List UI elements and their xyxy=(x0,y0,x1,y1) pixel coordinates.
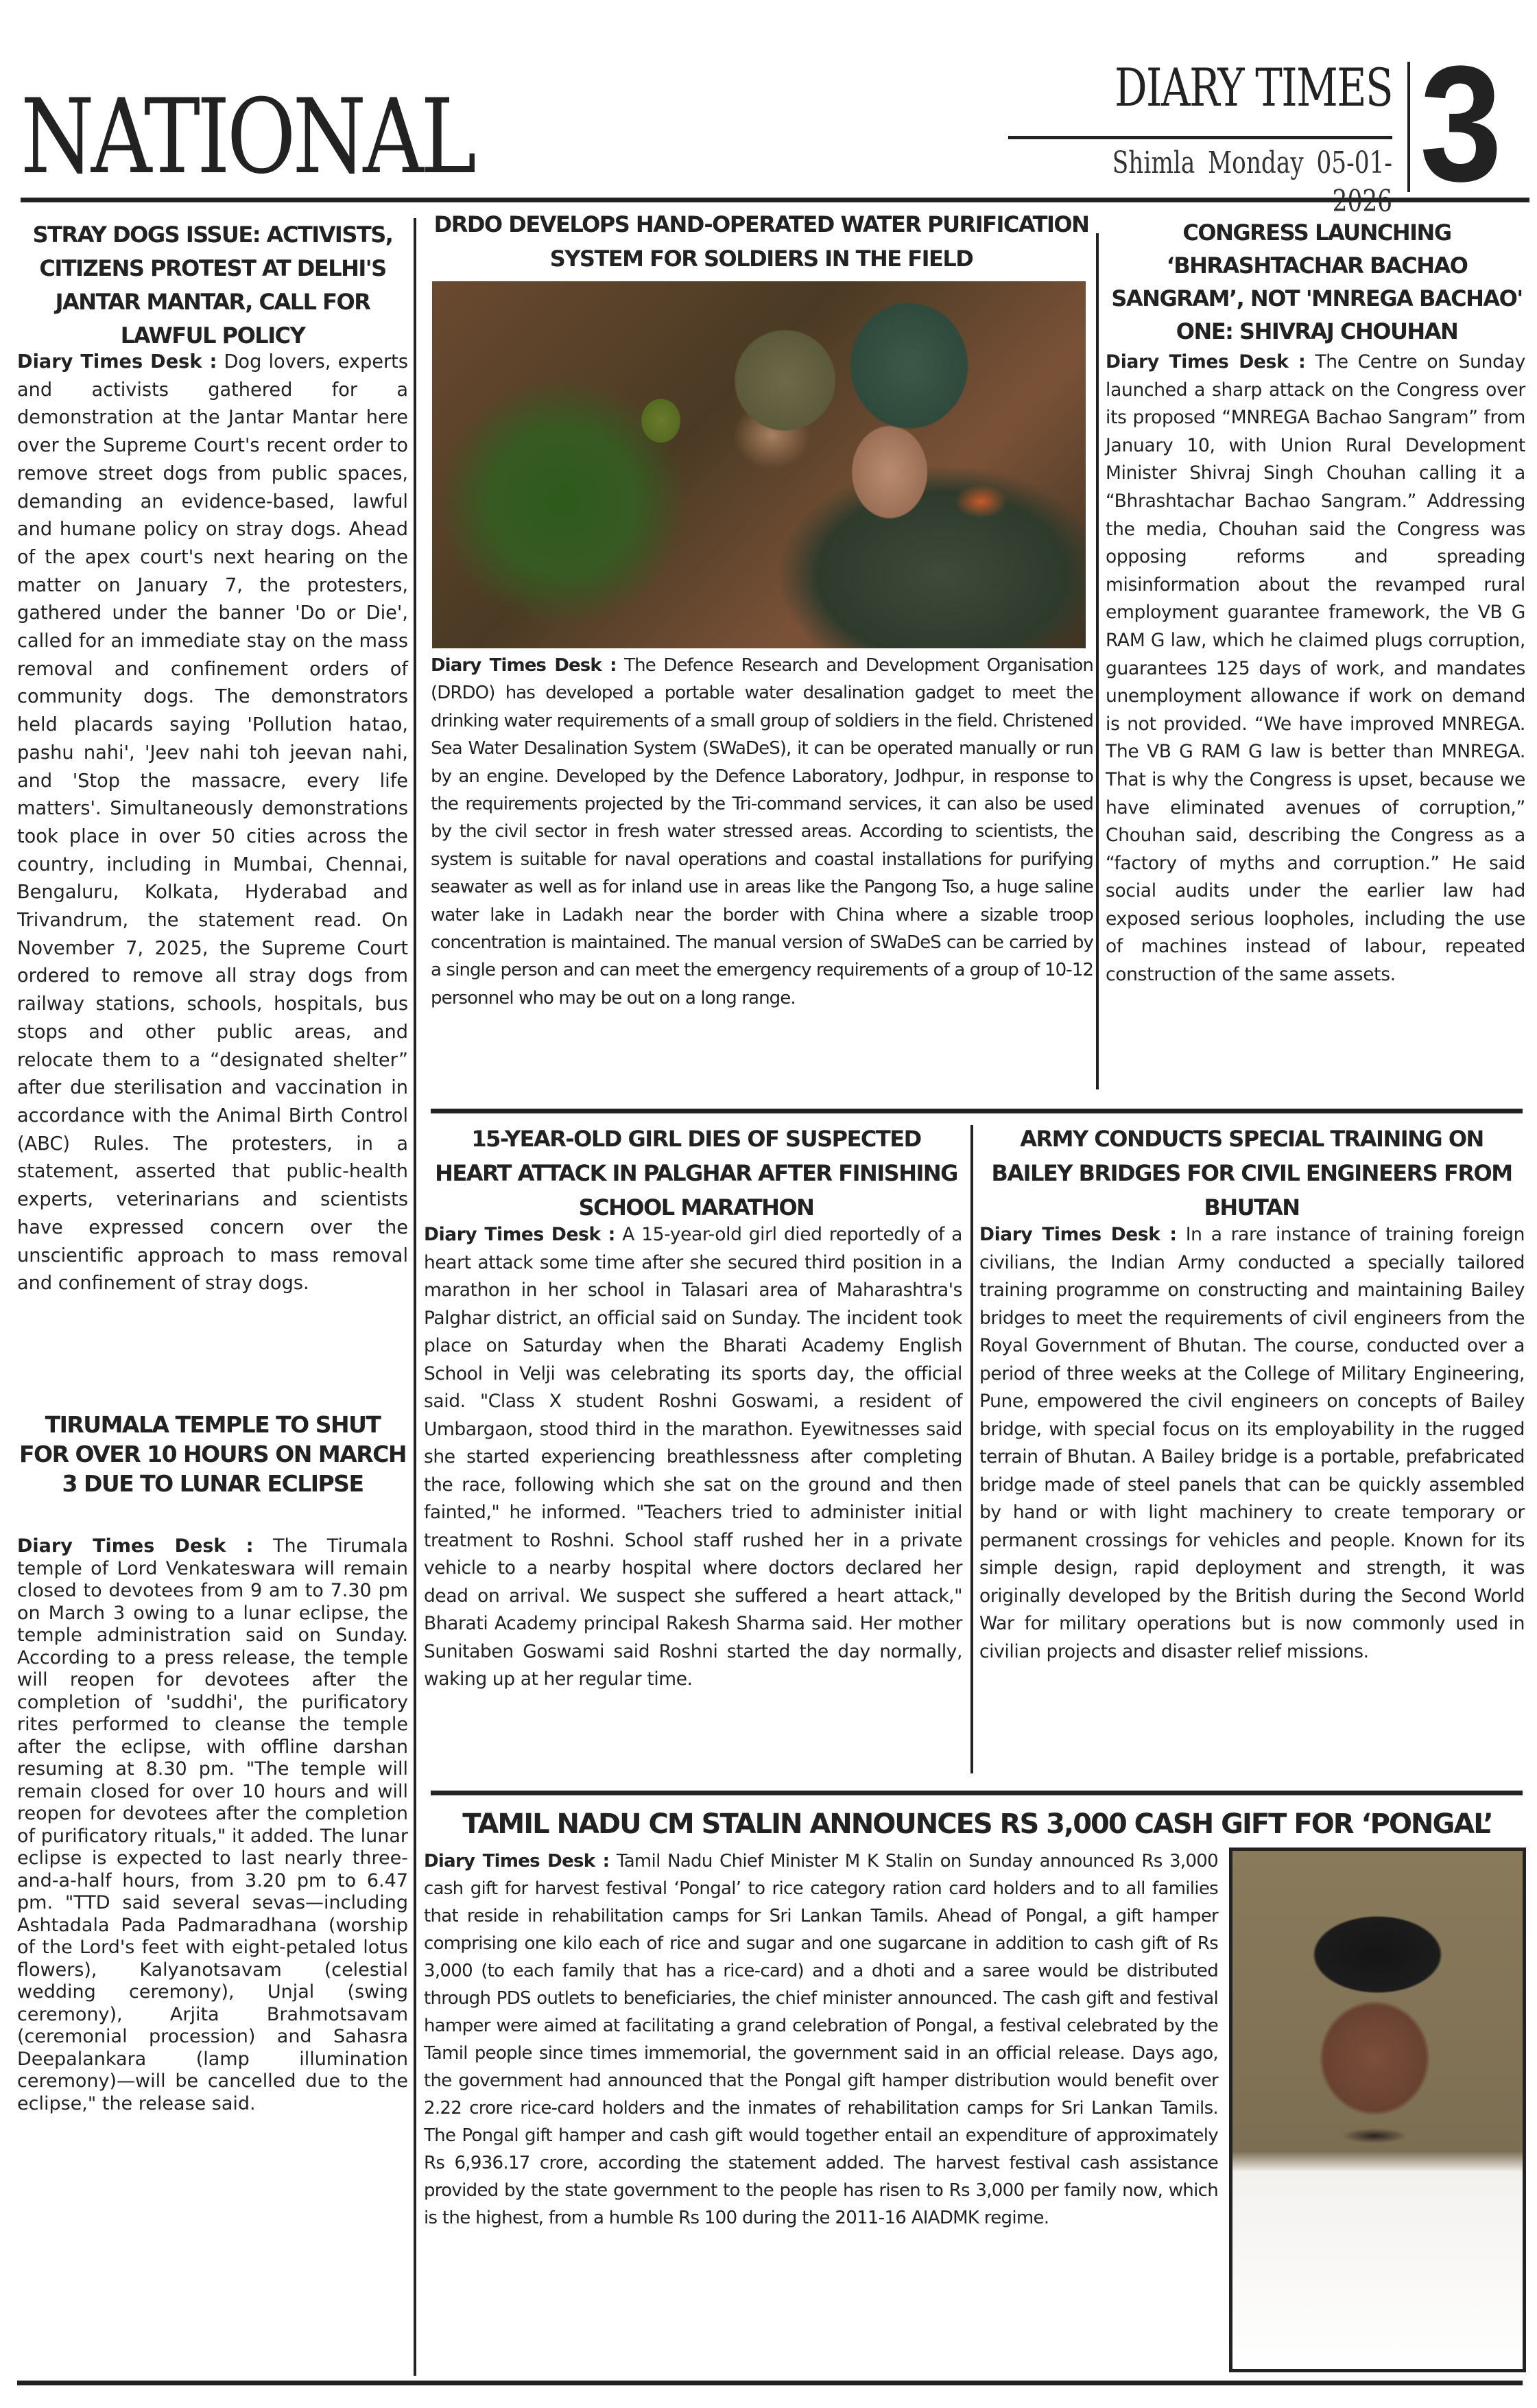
section-title: NATIONAL xyxy=(21,86,473,189)
article-text: The Defence Research and Development Org… xyxy=(431,655,1093,1008)
byline: Diary Times Desk : xyxy=(424,1851,609,1872)
headline-drdo: DRDO DEVELOPS HAND-OPERATED WATER PURIFI… xyxy=(432,207,1091,276)
headline-bailey: ARMY CONDUCTS SPECIAL TRAINING ON BAILEY… xyxy=(981,1122,1523,1225)
row-rule-2 xyxy=(431,1791,1523,1795)
masthead-rule xyxy=(21,198,1529,202)
stalin-photo xyxy=(1229,1848,1526,2372)
page-number: 3 xyxy=(1420,41,1502,206)
body-bailey: Diary Times Desk : In a rare instance of… xyxy=(979,1221,1525,1666)
body-tirumala: Diary Times Desk : The Tirumala temple o… xyxy=(17,1535,408,2115)
left-column-divider xyxy=(414,218,416,2376)
body-congress: Diary Times Desk : The Centre on Sunday … xyxy=(1106,349,1525,989)
body-stray-dogs: Diary Times Desk : Dog lovers, experts a… xyxy=(17,349,408,1298)
body-drdo: Diary Times Desk : The Defence Research … xyxy=(431,652,1093,1012)
byline: Diary Times Desk : xyxy=(979,1224,1177,1245)
right-column-divider xyxy=(1096,233,1099,1089)
body-pongal: Diary Times Desk : Tamil Nadu Chief Mini… xyxy=(424,1848,1218,2232)
article-text: The Tirumala temple of Lord Venkateswara… xyxy=(17,1535,408,2114)
newspaper-brand: DIARY TIMES xyxy=(1093,60,1392,115)
byline: Diary Times Desk : xyxy=(17,351,217,373)
masthead-divider xyxy=(1407,62,1410,192)
bottom-rule xyxy=(17,2381,1523,2385)
headline-congress: CONGRESS LAUNCHING ‘BHRASHTACHAR BACHAO … xyxy=(1104,216,1529,348)
byline: Diary Times Desk : xyxy=(1106,351,1305,373)
headline-palghar: 15-YEAR-OLD GIRL DIES OF SUSPECTED HEART… xyxy=(432,1122,960,1225)
row2-column-divider xyxy=(970,1125,973,1773)
article-text: Tamil Nadu Chief Minister M K Stalin on … xyxy=(424,1851,1218,2228)
article-text: The Centre on Sunday launched a sharp at… xyxy=(1106,351,1525,985)
byline: Diary Times Desk : xyxy=(17,1535,254,1557)
dateline: Shimla Monday 05-01-2026 xyxy=(1093,144,1392,221)
article-text: Dog lovers, experts and activists gather… xyxy=(17,351,408,1294)
article-text: A 15-year-old girl died reportedly of a … xyxy=(424,1224,962,1690)
byline: Diary Times Desk : xyxy=(431,655,617,676)
body-palghar: Diary Times Desk : A 15-year-old girl di… xyxy=(424,1221,962,1694)
headline-tirumala: TIRUMALA TEMPLE TO SHUT FOR OVER 10 HOUR… xyxy=(17,1410,408,1498)
headline-pongal: TAMIL NADU CM STALIN ANNOUNCES RS 3,000 … xyxy=(425,1806,1529,1843)
headline-stray-dogs: STRAY DOGS ISSUE: ACTIVISTS, CITIZENS PR… xyxy=(17,218,408,353)
drdo-soldiers-photo xyxy=(432,281,1086,648)
row-rule-1 xyxy=(431,1109,1523,1113)
byline: Diary Times Desk : xyxy=(424,1224,615,1245)
brand-rule xyxy=(1008,136,1392,139)
article-text: In a rare instance of training foreign c… xyxy=(979,1224,1525,1662)
